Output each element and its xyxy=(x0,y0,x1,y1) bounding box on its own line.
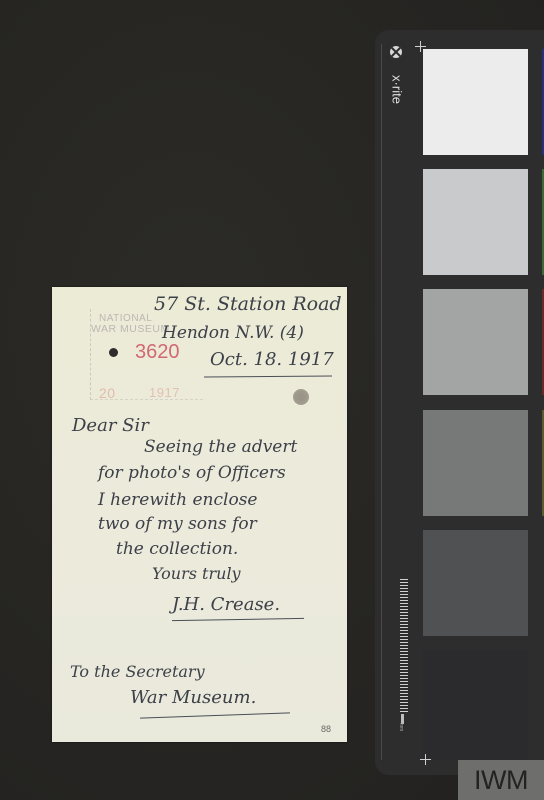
stamp-year: 1917 xyxy=(149,385,180,400)
letter-date: Oct. 18. 1917 xyxy=(210,349,334,370)
addressee-line-2: War Museum. xyxy=(130,687,256,708)
patch-black xyxy=(423,650,528,760)
color-calibration-chart: x·rite mm xyxy=(375,30,544,775)
stamp-number: 3620 xyxy=(135,341,180,364)
iwm-watermark: IWM xyxy=(458,760,544,800)
folio-number: 88 xyxy=(321,724,331,734)
body-line-4: two of my sons for xyxy=(98,514,257,534)
patch-mid-light-grey xyxy=(423,289,528,395)
ruler-scale xyxy=(400,579,408,714)
patch-dark-grey xyxy=(423,530,528,636)
stamp-line-2: WAR MUSEUM xyxy=(91,323,170,335)
ruler-label: mm xyxy=(398,723,404,731)
xrite-logo-icon xyxy=(390,46,402,58)
address-line-1: 57 St. Station Road xyxy=(154,293,342,315)
body-line-1: Seeing the advert xyxy=(144,437,297,457)
body-line-3: I herewith enclose xyxy=(98,490,257,510)
crosshair-icon xyxy=(420,754,431,765)
body-line-2: for photo's of Officers xyxy=(98,463,286,483)
letter-paper: NATIONAL WAR MUSEUM 3620 20 1917 57 St. … xyxy=(52,287,347,742)
patch-mid-grey xyxy=(423,410,528,516)
addressee-line-1: To the Secretary xyxy=(70,662,205,681)
chart-edge-rule xyxy=(381,44,382,760)
patch-white xyxy=(423,49,528,155)
date-underline xyxy=(204,375,332,377)
address-line-2: Hendon N.W. (4) xyxy=(162,323,304,343)
brand-text: x·rite xyxy=(390,66,405,114)
body-line-5: the collection. xyxy=(116,539,238,559)
paper-mark xyxy=(293,389,309,405)
signature: J.H. Crease. xyxy=(172,594,280,615)
patch-light-grey xyxy=(423,169,528,275)
addressee-underline xyxy=(140,712,290,718)
punch-hole xyxy=(109,348,118,357)
chart-brand: x·rite xyxy=(387,44,407,124)
closing: Yours truly xyxy=(152,564,241,583)
signature-underline xyxy=(172,618,304,621)
stamp-day: 20 xyxy=(99,385,116,401)
salutation: Dear Sir xyxy=(72,415,149,436)
